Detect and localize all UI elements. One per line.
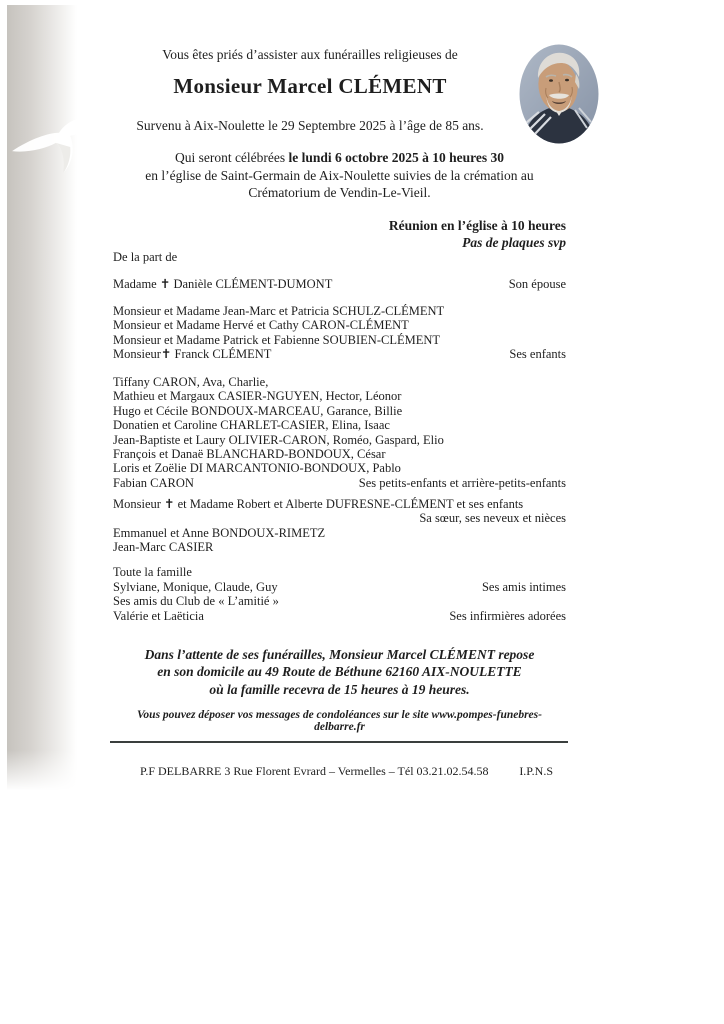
ceremony-line-2: en l’église de Saint-Germain de Aix-Noul…: [113, 167, 566, 185]
dove-watermark-icon: [8, 110, 110, 184]
family-name: Sylviane, Monique, Claude, Guy: [113, 580, 278, 595]
family-group-children: Monsieur et Madame Jean-Marc et Patricia…: [113, 304, 566, 362]
footer-divider: [110, 741, 568, 743]
no-plaques-line: Pas de plaques svp: [113, 234, 566, 251]
repose-line-3: où la famille recevra de 15 heures à 19 …: [113, 681, 566, 698]
family-name: François et Danaë BLANCHARD-BONDOUX, Cés…: [113, 447, 386, 461]
ceremony-line-3: Crématorium de Vendin-Le-Vieil.: [113, 184, 566, 202]
family-name: Donatien et Caroline CHARLET-CASIER, Eli…: [113, 418, 390, 432]
family-row: Hugo et Cécile BONDOUX-MARCEAU, Garance,…: [113, 404, 566, 418]
relation-label: Ses infirmières adorées: [449, 609, 566, 624]
family-group-sister: Monsieur ✝ et Madame Robert et Alberte D…: [113, 497, 566, 555]
family-row: Sylviane, Monique, Claude, GuySes amis i…: [113, 580, 566, 595]
family-row: Monsieur✝ Franck CLÉMENTSes enfants: [113, 347, 566, 361]
family-name: Madame ✝ Danièle CLÉMENT-DUMONT: [113, 277, 332, 291]
repose-line-2: en son domicile au 49 Route de Béthune 6…: [113, 663, 566, 680]
family-name: Jean-Marc CASIER: [113, 540, 213, 554]
family-row: Emmanuel et Anne BONDOUX-RIMETZ: [113, 526, 566, 540]
deceased-name: Monsieur Marcel CLÉMENT: [90, 74, 530, 99]
condolences-line: Vous pouvez déposer vos messages de cond…: [113, 709, 566, 733]
family-row: Jean-Marc CASIER: [113, 540, 566, 554]
family-row: Ses amis du Club de « L’amitié »: [113, 594, 566, 609]
family-row: Monsieur et Madame Hervé et Cathy CARON-…: [113, 318, 566, 332]
repose-line-1: Dans l’attente de ses funérailles, Monsi…: [113, 646, 566, 663]
family-row: Valérie et LaëticiaSes infirmières adoré…: [113, 609, 566, 624]
family-row: Loris et Zoëlie DI MARCANTONIO-BONDOUX, …: [113, 461, 566, 475]
family-row: Mathieu et Margaux CASIER-NGUYEN, Hector…: [113, 389, 566, 403]
relation-label: Ses enfants: [509, 347, 566, 361]
family-name: Tiffany CARON, Ava, Charlie,: [113, 375, 268, 389]
family-row: François et Danaë BLANCHARD-BONDOUX, Cés…: [113, 447, 566, 461]
meeting-block: Réunion en l’église à 10 heures Pas de p…: [113, 217, 566, 251]
ipns-label: I.P.N.S: [519, 764, 553, 779]
family-group-friends: Toute la famille Sylviane, Monique, Clau…: [113, 565, 566, 623]
family-name: Loris et Zoëlie DI MARCANTONIO-BONDOUX, …: [113, 461, 401, 475]
family-row: Donatien et Caroline CHARLET-CASIER, Eli…: [113, 418, 566, 432]
family-row: Monsieur ✝ et Madame Robert et Alberte D…: [113, 497, 566, 511]
family-name: Monsieur ✝ et Madame Robert et Alberte D…: [113, 497, 523, 511]
relation-label: Sa sœur, ses neveux et nièces: [419, 511, 566, 525]
family-row: Tiffany CARON, Ava, Charlie,: [113, 375, 566, 389]
family-row: Monsieur et Madame Jean-Marc et Patricia…: [113, 304, 566, 318]
ceremony-line-1-regular: Qui seront célébrées: [175, 150, 289, 165]
death-line: Survenu à Aix-Noulette le 29 Septembre 2…: [110, 118, 510, 134]
ceremony-block: Qui seront célébrées le lundi 6 octobre …: [113, 149, 566, 202]
family-name: Monsieur et Madame Jean-Marc et Patricia…: [113, 304, 444, 318]
funeral-announcement-page: Vous êtes priés d’assister aux funéraill…: [0, 0, 724, 1024]
family-name: Mathieu et Margaux CASIER-NGUYEN, Hector…: [113, 389, 401, 403]
family-name: Fabian CARON: [113, 476, 194, 490]
family-name: Jean-Baptiste et Laury OLIVIER-CARON, Ro…: [113, 433, 444, 447]
family-row: Fabian CARONSes petits-enfants et arrièr…: [113, 476, 566, 490]
family-row: Madame ✝ Danièle CLÉMENT-DUMONT Son épou…: [113, 277, 566, 291]
family-name: Valérie et Laëticia: [113, 609, 204, 624]
family-row: Toute la famille: [113, 565, 566, 580]
funeral-home-contact: P.F DELBARRE 3 Rue Florent Evrard – Verm…: [140, 764, 489, 779]
invite-line: Vous êtes priés d’assister aux funéraill…: [110, 47, 510, 63]
family-name: Monsieur et Madame Patrick et Fabienne S…: [113, 333, 440, 347]
family-row: Monsieur et Madame Patrick et Fabienne S…: [113, 333, 566, 347]
meeting-line: Réunion en l’église à 10 heures: [113, 217, 566, 234]
relation-label: Ses petits-enfants et arrière-petits-enf…: [359, 476, 566, 490]
family-name: Ses amis du Club de « L’amitié »: [113, 594, 279, 609]
portrait-photo: [519, 44, 599, 144]
family-name: Emmanuel et Anne BONDOUX-RIMETZ: [113, 526, 325, 540]
family-row: Sa sœur, ses neveux et nièces: [113, 511, 566, 525]
ceremony-line-1-bold: le lundi 6 octobre 2025 à 10 heures 30: [289, 150, 505, 165]
footer: P.F DELBARRE 3 Rue Florent Evrard – Verm…: [113, 764, 553, 779]
repose-block: Dans l’attente de ses funérailles, Monsi…: [113, 646, 566, 698]
from-line: De la part de: [113, 250, 177, 265]
ceremony-line-1: Qui seront célébrées le lundi 6 octobre …: [113, 149, 566, 167]
family-name: Monsieur✝ Franck CLÉMENT: [113, 347, 271, 361]
family-row: Jean-Baptiste et Laury OLIVIER-CARON, Ro…: [113, 433, 566, 447]
family-name: Monsieur et Madame Hervé et Cathy CARON-…: [113, 318, 409, 332]
family-name: Toute la famille: [113, 565, 192, 580]
relation-label: Son épouse: [509, 277, 566, 291]
relation-label: Ses amis intimes: [482, 580, 566, 595]
family-group-grandchildren: Tiffany CARON, Ava, Charlie, Mathieu et …: [113, 375, 566, 490]
family-group-spouse: Madame ✝ Danièle CLÉMENT-DUMONT Son épou…: [113, 277, 566, 291]
family-name: Hugo et Cécile BONDOUX-MARCEAU, Garance,…: [113, 404, 402, 418]
